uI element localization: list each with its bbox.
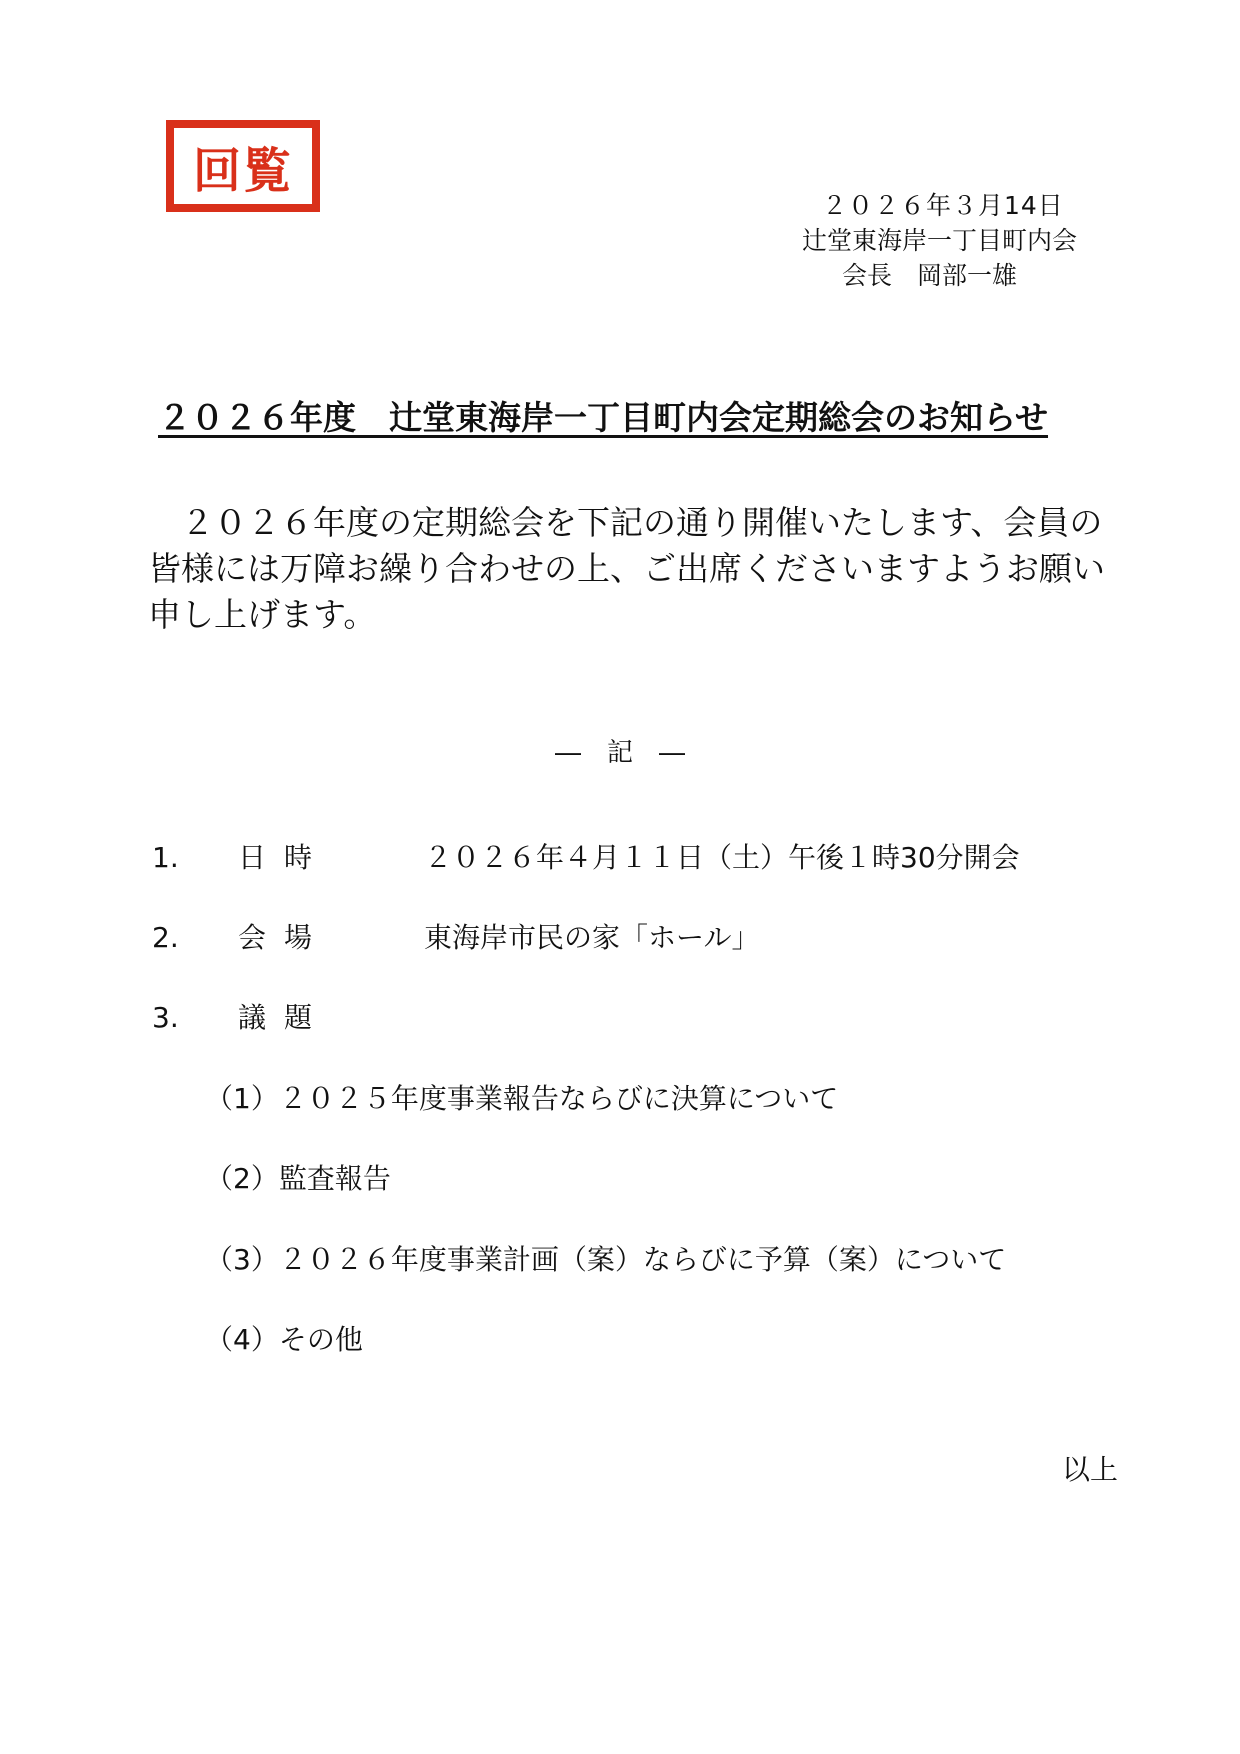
agenda-item: （2）監査報告 — [205, 1157, 391, 1197]
item-label: 会場 — [238, 916, 424, 956]
item-label: 議題 — [238, 996, 424, 1036]
circulation-stamp: 回覧 — [166, 120, 320, 212]
stamp-label: 回覧 — [193, 132, 293, 201]
closing-mark: 以上 — [1062, 1448, 1118, 1488]
item-agenda: 3.議題 — [152, 996, 424, 1036]
item-datetime: 1.日時２０２６年４月１１日（土）午後１時30分開会 — [152, 836, 1020, 876]
chair-name: 会長 岡部一雄 — [802, 258, 1122, 293]
item-value: 東海岸市民の家「ホール」 — [424, 921, 759, 954]
item-venue: 2.会場東海岸市民の家「ホール」 — [152, 916, 759, 956]
item-value: ２０２６年４月１１日（土）午後１時30分開会 — [424, 841, 1020, 874]
ki-heading: ― 記 ― — [0, 732, 1240, 769]
issue-date: ２０２６年３月14日 — [802, 188, 1122, 223]
intro-paragraph: ２０２６年度の定期総会を下記の通り開催いたします、会員の皆様には万障お繰り合わせ… — [148, 500, 1108, 638]
item-number: 1. — [152, 841, 238, 874]
organization-name: 辻堂東海岸一丁目町内会 — [802, 223, 1122, 258]
agenda-item: （1）２０２５年度事業報告ならびに決算について — [205, 1077, 838, 1117]
document-title: ２０２６年度 辻堂東海岸一丁目町内会定期総会のお知らせ — [158, 392, 1108, 439]
agenda-item: （4）その他 — [205, 1318, 363, 1358]
sender-block: ２０２６年３月14日 辻堂東海岸一丁目町内会 会長 岡部一雄 — [802, 188, 1122, 293]
agenda-item: （3）２０２６年度事業計画（案）ならびに予算（案）について — [205, 1238, 1006, 1278]
item-number: 3. — [152, 1001, 238, 1034]
item-number: 2. — [152, 921, 238, 954]
item-label: 日時 — [238, 836, 424, 876]
